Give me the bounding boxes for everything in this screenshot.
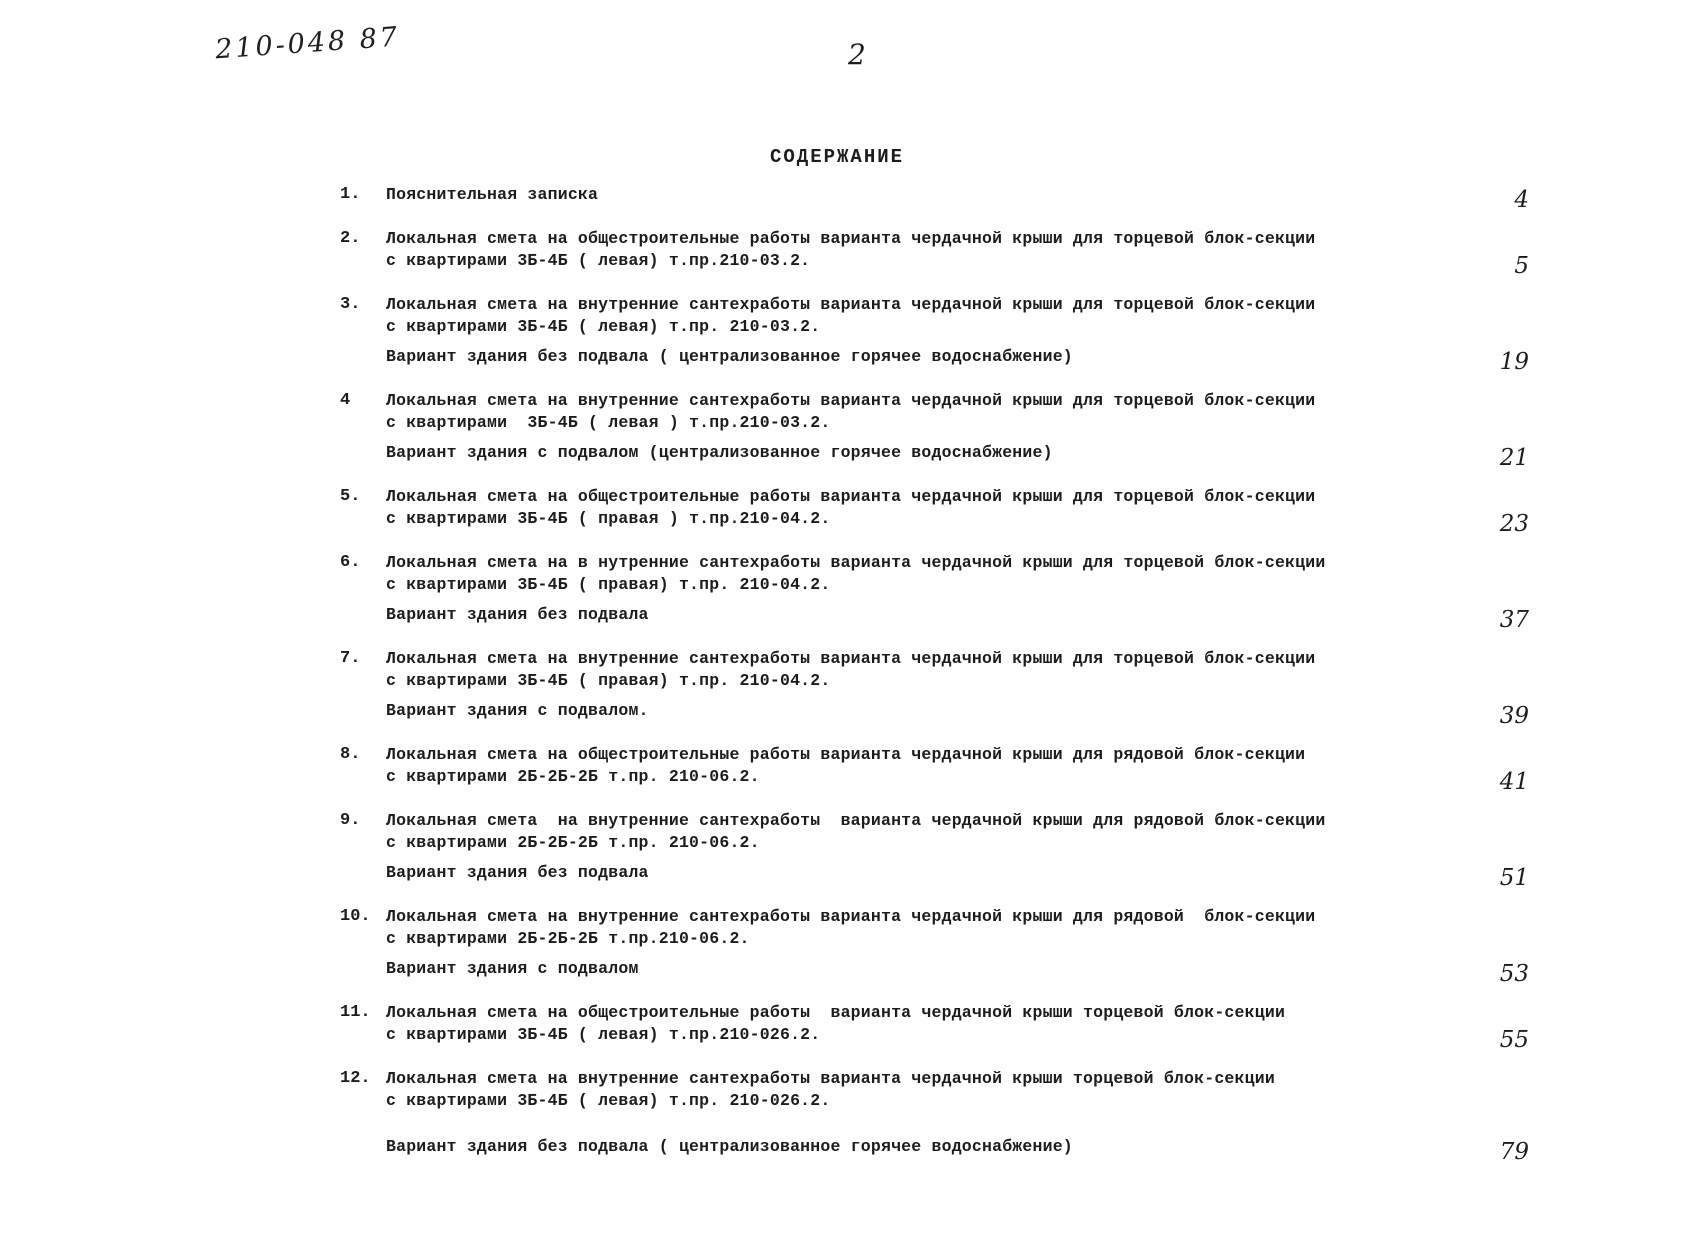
toc-item-number: 8.	[340, 744, 386, 788]
toc-item-page-number: 51	[1443, 867, 1535, 889]
toc-item-6: 6. Локальная смета на в нутренние сантех…	[340, 552, 1535, 626]
toc-item-text: Локальная смета на внутренние сантехрабо…	[386, 810, 1435, 832]
toc-item-text: с квартирами 2Б-2Б-2Б т.пр.210-06.2.	[386, 928, 1435, 950]
toc-item-text: Локальная смета на внутренние сантехрабо…	[386, 1068, 1435, 1090]
toc-item-4: 4 Локальная смета на внутренние сантехра…	[340, 390, 1535, 464]
document-page: 210-048 87 2 СОДЕРЖАНИЕ 1. Пояснительная…	[0, 0, 1683, 1234]
toc-item-variant: Вариант здания без подвала	[386, 604, 1435, 626]
toc-item-number: 1.	[340, 184, 386, 206]
toc-item-text: с квартирами 3Б-4Б ( левая) т.пр. 210-02…	[386, 1090, 1435, 1112]
toc-item-text: с квартирами 3Б-4Б ( правая ) т.пр.210-0…	[386, 508, 1435, 530]
toc-item-1: 1. Пояснительная записка 4	[340, 184, 1535, 206]
toc-item-12: 12. Локальная смета на внутренние сантех…	[340, 1068, 1535, 1158]
toc-item-page-number: 21	[1443, 447, 1535, 469]
toc-item-text: Локальная смета на в нутренние сантехраб…	[386, 552, 1435, 574]
toc-item-body: Локальная смета на внутренние сантехрабо…	[386, 1068, 1443, 1158]
toc-item-text: с квартирами 3Б-4Б ( левая) т.пр.210-026…	[386, 1024, 1435, 1046]
toc-item-number: 11.	[340, 1002, 386, 1046]
toc-item-variant: Вариант здания с подвалом.	[386, 700, 1435, 722]
toc-item-text: с квартирами 2Б-2Б-2Б т.пр. 210-06.2.	[386, 832, 1435, 854]
toc-item-variant: Вариант здания без подвала ( централизов…	[386, 1136, 1435, 1158]
toc-item-number: 7.	[340, 648, 386, 722]
doc-code-annotation: 210-048 87	[214, 22, 401, 66]
toc-item-number: 12.	[340, 1068, 386, 1158]
toc-item-body: Локальная смета на внутренние сантехрабо…	[386, 648, 1443, 722]
toc-item-number: 2.	[340, 228, 386, 272]
toc-item-text: с квартирами 3Б-4Б ( правая) т.пр. 210-0…	[386, 670, 1435, 692]
toc-item-text: с квартирами 3Б-4Б ( правая) т.пр. 210-0…	[386, 574, 1435, 596]
toc-item-number: 9.	[340, 810, 386, 884]
toc-item-page-number: 4	[1443, 189, 1535, 211]
toc-item-9: 9. Локальная смета на внутренние сантехр…	[340, 810, 1535, 884]
toc-item-variant: Вариант здания без подвала ( централизов…	[386, 346, 1435, 368]
toc-item-10: 10. Локальная смета на внутренние сантех…	[340, 906, 1535, 980]
toc-item-text: с квартирами 3Б-4Б ( левая) т.пр. 210-03…	[386, 316, 1435, 338]
toc-item-5: 5. Локальная смета на общестроительные р…	[340, 486, 1535, 530]
toc-item-body: Локальная смета на внутренние сантехрабо…	[386, 294, 1443, 368]
toc-item-body: Локальная смета на внутренние сантехрабо…	[386, 810, 1443, 884]
toc-item-number: 3.	[340, 294, 386, 368]
toc-item-page-number: 39	[1443, 705, 1535, 727]
page-title: СОДЕРЖАНИЕ	[770, 146, 904, 168]
toc-item-text: Локальная смета на внутренние сантехрабо…	[386, 906, 1435, 928]
toc-item-8: 8. Локальная смета на общестроительные р…	[340, 744, 1535, 788]
toc-item-page-number: 79	[1443, 1141, 1535, 1163]
toc-item-body: Локальная смета на общестроительные рабо…	[386, 486, 1443, 530]
toc-item-body: Пояснительная записка	[386, 184, 1443, 206]
toc-item-7: 7. Локальная смета на внутренние сантехр…	[340, 648, 1535, 722]
toc-item-text: Локальная смета на общестроительные рабо…	[386, 744, 1435, 766]
toc-item-variant: Вариант здания с подвалом	[386, 958, 1435, 980]
toc-item-text: Локальная смета на внутренние сантехрабо…	[386, 294, 1435, 316]
toc-item-text: Локальная смета на внутренние сантехрабо…	[386, 390, 1435, 412]
toc-item-body: Локальная смета на в нутренние сантехраб…	[386, 552, 1443, 626]
toc-item-body: Локальная смета на общестроительные рабо…	[386, 1002, 1443, 1046]
toc-item-page-number: 23	[1443, 513, 1535, 535]
sheet-number: 2	[848, 38, 866, 71]
toc-item-text: с квартирами 2Б-2Б-2Б т.пр. 210-06.2.	[386, 766, 1435, 788]
table-of-contents: 1. Пояснительная записка 4 2. Локальная …	[340, 184, 1535, 1180]
toc-item-text: Локальная смета на общестроительные рабо…	[386, 228, 1435, 250]
toc-item-page-number: 19	[1443, 351, 1535, 373]
toc-item-text: Локальная смета на общестроительные рабо…	[386, 486, 1435, 508]
toc-item-text: с квартирами 3Б-4Б ( левая ) т.пр.210-03…	[386, 412, 1435, 434]
toc-item-text: Пояснительная записка	[386, 184, 1435, 206]
toc-item-text: Локальная смета на общестроительные рабо…	[386, 1002, 1435, 1024]
toc-item-body: Локальная смета на общестроительные рабо…	[386, 228, 1443, 272]
toc-item-page-number: 37	[1443, 609, 1535, 631]
toc-item-page-number: 53	[1443, 963, 1535, 985]
toc-item-body: Локальная смета на внутренние сантехрабо…	[386, 906, 1443, 980]
toc-item-body: Локальная смета на общестроительные рабо…	[386, 744, 1443, 788]
toc-item-number: 5.	[340, 486, 386, 530]
toc-item-variant: Вариант здания без подвала	[386, 862, 1435, 884]
toc-item-11: 11. Локальная смета на общестроительные …	[340, 1002, 1535, 1046]
toc-item-variant: Вариант здания с подвалом (централизован…	[386, 442, 1435, 464]
toc-item-page-number: 55	[1443, 1029, 1535, 1051]
toc-item-number: 4	[340, 390, 386, 464]
toc-item-2: 2. Локальная смета на общестроительные р…	[340, 228, 1535, 272]
toc-item-number: 6.	[340, 552, 386, 626]
toc-item-number: 10.	[340, 906, 386, 980]
toc-item-page-number: 5	[1443, 255, 1535, 277]
toc-item-text: с квартирами 3Б-4Б ( левая) т.пр.210-03.…	[386, 250, 1435, 272]
toc-item-3: 3. Локальная смета на внутренние сантехр…	[340, 294, 1535, 368]
toc-item-page-number: 41	[1443, 771, 1535, 793]
toc-item-text: Локальная смета на внутренние сантехрабо…	[386, 648, 1435, 670]
toc-item-body: Локальная смета на внутренние сантехрабо…	[386, 390, 1443, 464]
